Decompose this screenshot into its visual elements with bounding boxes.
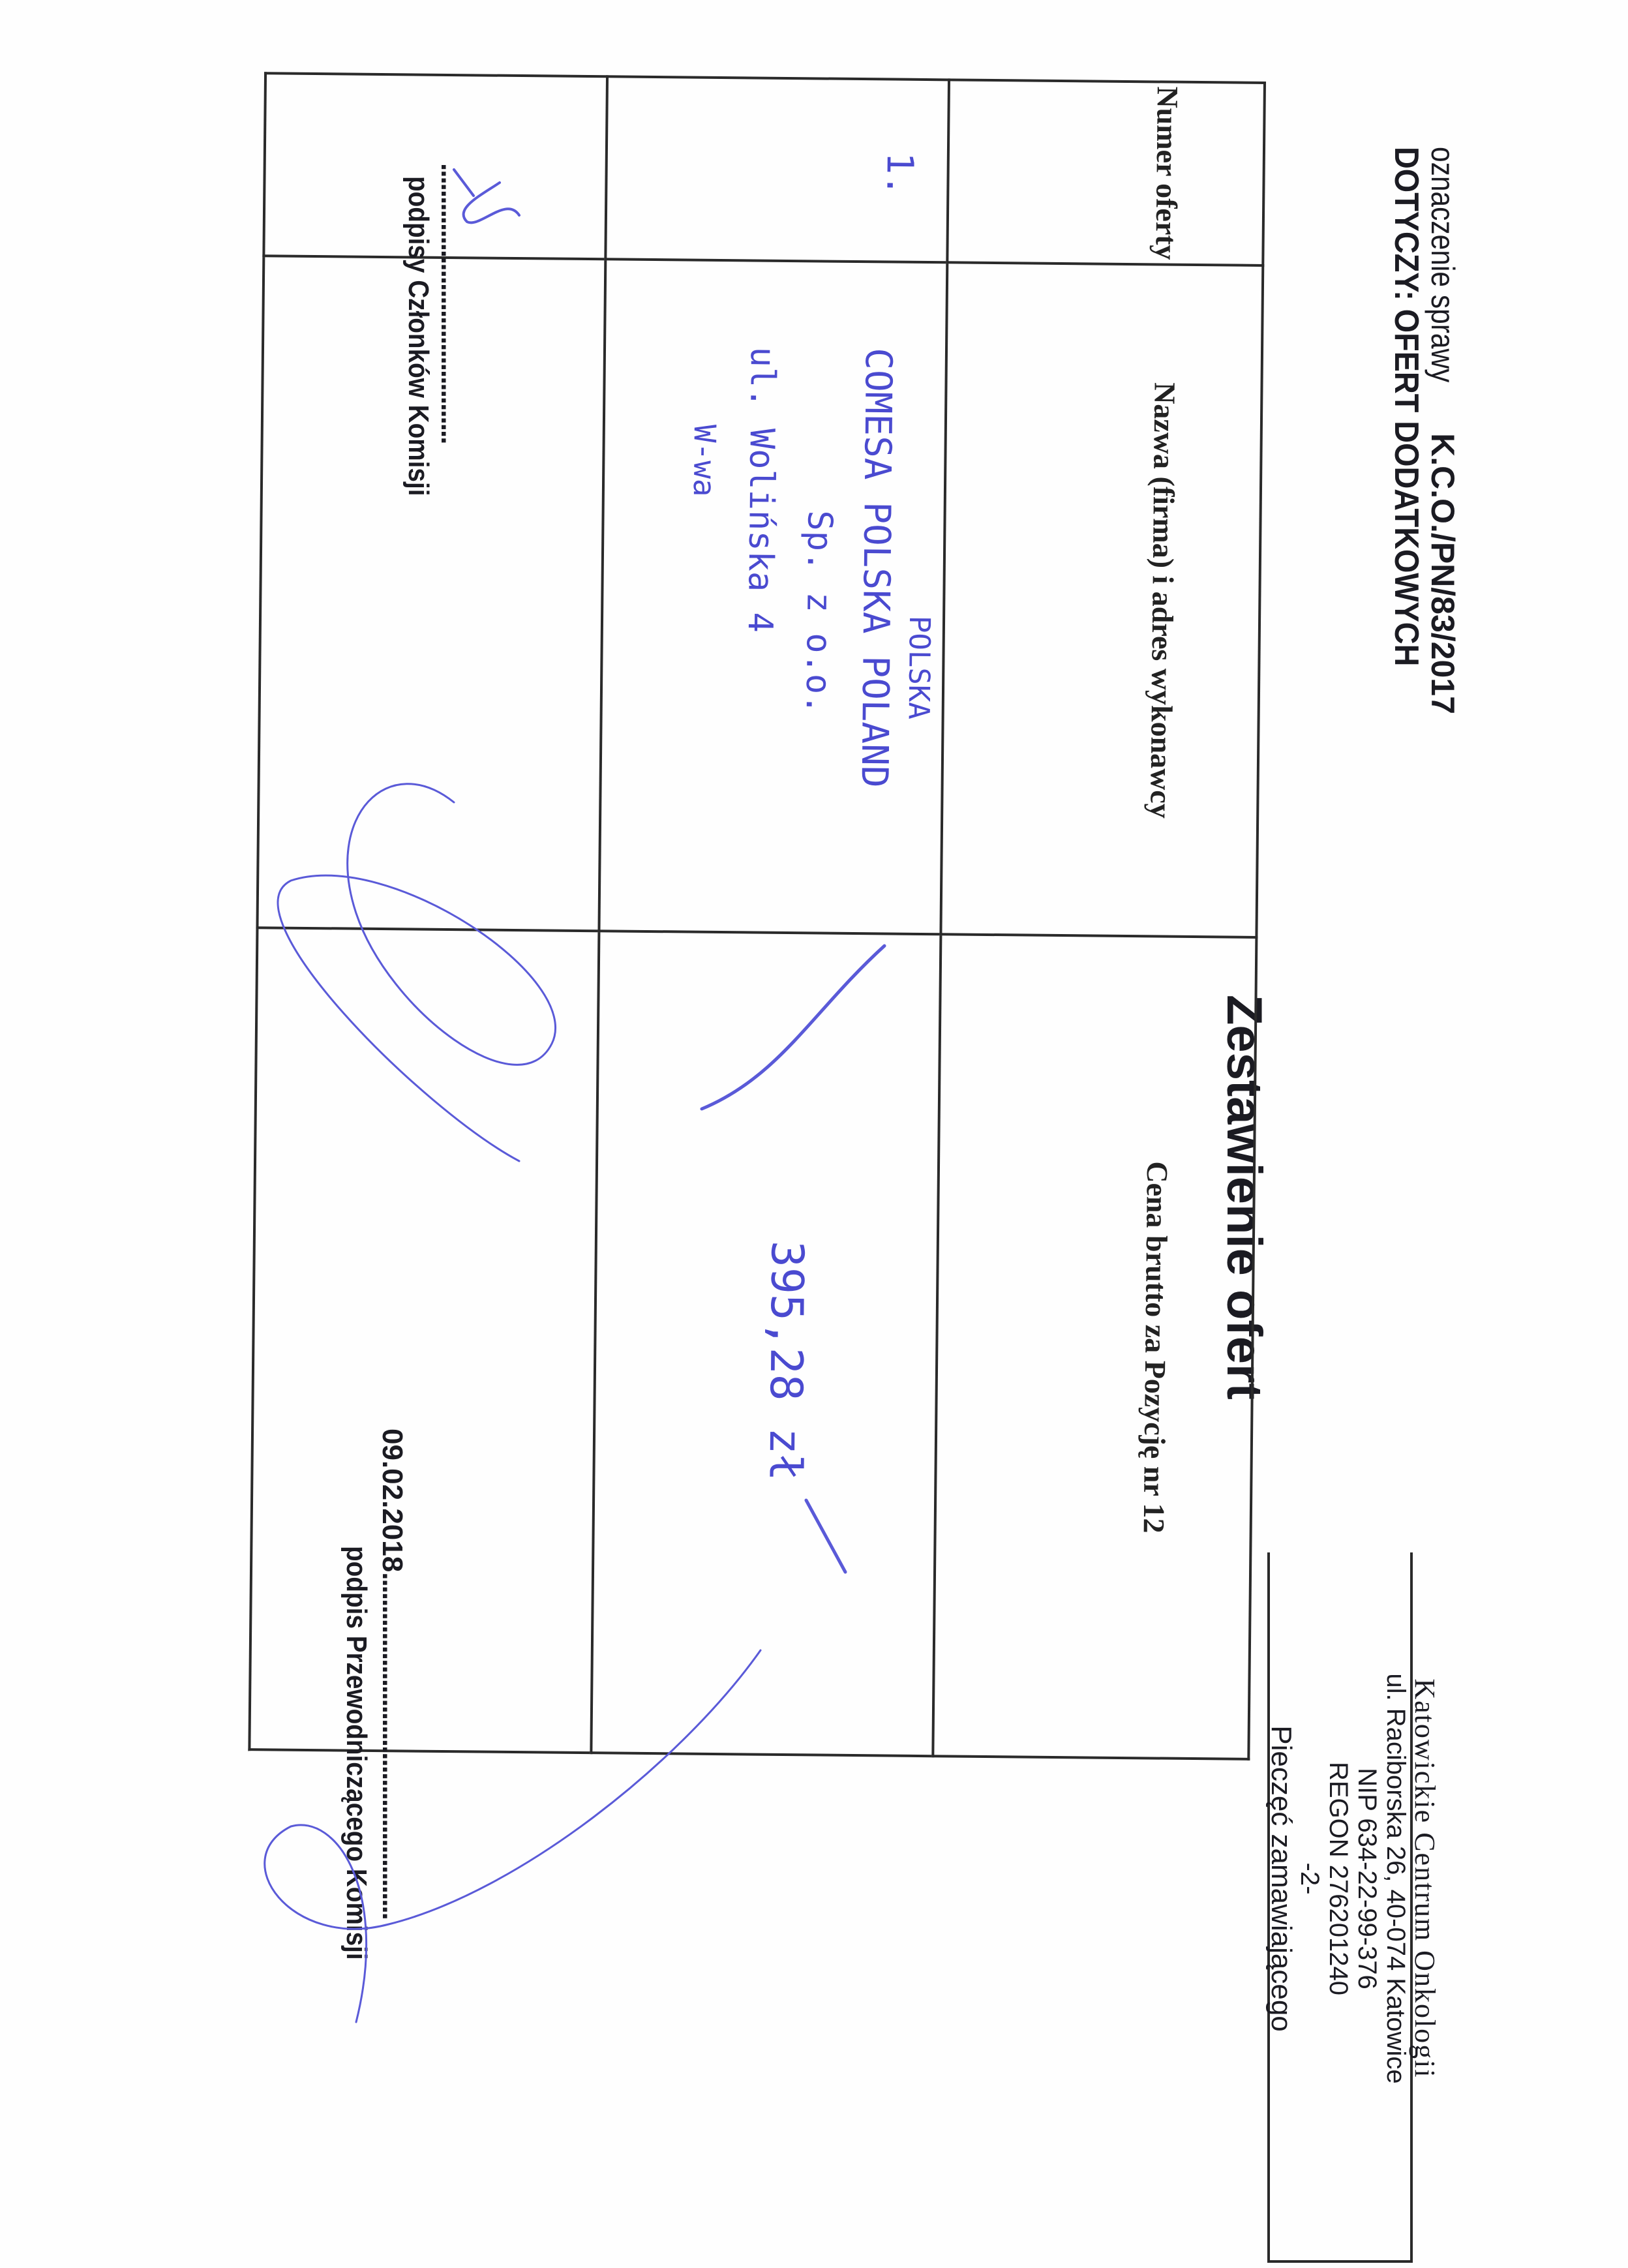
document-page: oznaczenie sprawy K.C.O./PN/83/2017 DOTY… xyxy=(0,0,1628,2268)
subject-line: DOTYCZY: OFERT DODATKOWYCH xyxy=(1387,147,1426,666)
contractor-line: COMESA POLSKA POLAND xyxy=(853,348,899,788)
cell-price xyxy=(249,928,599,1753)
contractor-line: ul. Wolińska 4 xyxy=(740,346,782,633)
stamp-organization: Katowickie Centrum Onkologii xyxy=(1410,1585,1439,2172)
chair-dots: ........................................… xyxy=(376,1572,408,1919)
case-reference: oznaczenie sprawy K.C.O./PN/83/2017 xyxy=(1424,147,1462,714)
members-signature-label: podpisy Członków Komisji xyxy=(402,176,434,496)
cell-price: 395,28 zł xyxy=(591,931,941,1756)
header-contractor: Nazwa (firma) i adres wykonawcy xyxy=(941,262,1263,937)
contractor-line: Sp. z o.o. xyxy=(798,510,839,715)
contractor-line: W-wa xyxy=(687,425,723,497)
contractor-line: POLSKA xyxy=(902,616,937,719)
header-price: Cena brutto za Pozycję nr 12 xyxy=(933,934,1256,1759)
header-offer-number: Numer oferty xyxy=(947,80,1265,265)
cell-contractor: POLSKA COMESA POLSKA POLAND Sp. z o.o. u… xyxy=(599,259,947,934)
signature-date: 09.02.2018 xyxy=(376,1429,408,1572)
stamp-address: ul. Raciborska 26, 40-074 Katowice xyxy=(1381,1585,1410,2172)
stamp-regon: REGON 276201240 xyxy=(1324,1585,1353,2172)
table-header-row: Numer oferty Nazwa (firma) i adres wykon… xyxy=(933,80,1265,1759)
table-row: 1. POLSKA COMESA POLSKA POLAND Sp. z o.o… xyxy=(591,76,949,1756)
stamp-mark: -2- xyxy=(1295,1585,1324,2172)
buyer-stamp: Katowickie Centrum Onkologii ul. Racibor… xyxy=(1267,1585,1439,2172)
stamp-caption: Pieczęć zamawiającego xyxy=(1267,1585,1295,2172)
case-number: K.C.O./PN/83/2017 xyxy=(1424,433,1461,714)
stamp-nip: NIP 634-22-99-376 xyxy=(1353,1585,1381,2172)
members-signature-line: ........................................… xyxy=(434,163,467,443)
chair-signature-label: podpis Przewodniczącego Komisji xyxy=(340,1546,372,1960)
offer-number: 1. xyxy=(878,152,921,196)
case-label: oznaczenie sprawy xyxy=(1424,147,1462,382)
cell-offer-number: 1. xyxy=(605,76,949,262)
chair-signature-line: 09.02.2018..............................… xyxy=(376,1429,408,1919)
price-value: 395,28 zł xyxy=(759,1241,813,1481)
